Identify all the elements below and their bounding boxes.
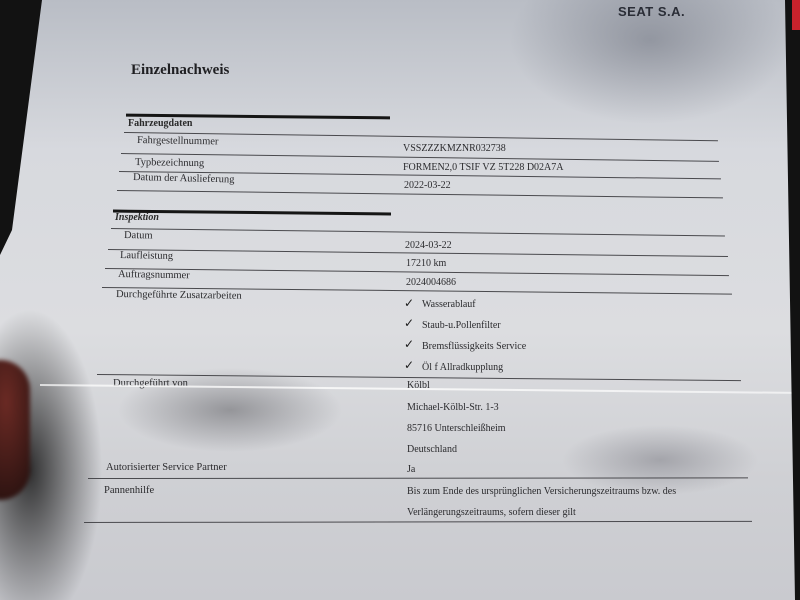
checkmark-icon: ✓ (404, 358, 414, 372)
label-vin: Fahrgestellnummer (137, 135, 219, 147)
label-authorized-partner: Autorisierter Service Partner (106, 462, 227, 473)
background-object (792, 0, 800, 30)
value-order-number: 2024004686 (406, 277, 456, 288)
value-delivery-date: 2022-03-22 (404, 180, 451, 191)
value-vin: VSSZZZKMZNR032738 (403, 143, 506, 154)
row-divider (121, 153, 719, 162)
row-divider (105, 268, 729, 276)
label-delivery-date: Datum der Auslieferung (133, 172, 235, 185)
workshop-street: Michael-Kölbl-Str. 1-3 (407, 402, 499, 413)
row-divider (88, 477, 748, 479)
section-title-vehicle: Fahrzeugdaten (128, 118, 192, 129)
brand-name: SEAT S.A. (618, 4, 685, 19)
workshop-city: 85716 Unterschleißheim (407, 423, 506, 434)
value-authorized-partner: Ja (407, 464, 415, 475)
value-mileage: 17210 km (406, 258, 446, 269)
document-page: SEAT S.A. Einzelnachweis Fahrzeugdaten F… (0, 0, 800, 600)
section-title-inspection: Inspektion (115, 212, 159, 223)
extra-work-item: Staub-u.Pollenfilter (422, 320, 501, 331)
label-extra-work: Durchgeführte Zusatzarbeiten (116, 289, 242, 302)
extra-work-item: Bremsflüssigkeits Service (422, 341, 526, 352)
finger (0, 360, 30, 500)
checkmark-icon: ✓ (404, 316, 414, 330)
document-title: Einzelnachweis (131, 62, 229, 79)
label-breakdown-assistance: Pannenhilfe (104, 485, 154, 496)
workshop-country: Deutschland (407, 444, 457, 455)
value-type: FORMEN2,0 TSIF VZ 5T228 D02A7A (403, 162, 563, 173)
extra-work-item: Öl f Allradkupplung (422, 362, 503, 373)
extra-work-item: Wasserablauf (422, 299, 476, 310)
checkmark-icon: ✓ (404, 337, 414, 351)
row-divider (84, 521, 752, 523)
value-inspection-date: 2024-03-22 (405, 240, 452, 251)
breakdown-assistance-line: Verlängerungszeitraums, sofern dieser gi… (407, 507, 576, 518)
row-divider (117, 190, 723, 198)
photo-scene: SEAT S.A. Einzelnachweis Fahrzeugdaten F… (0, 0, 800, 600)
checkmark-icon: ✓ (404, 296, 414, 310)
row-divider (111, 228, 725, 237)
label-inspection-date: Datum (124, 230, 153, 241)
label-type: Typbezeichnung (135, 157, 204, 169)
label-order-number: Auftragsnummer (118, 269, 190, 281)
label-mileage: Laufleistung (120, 250, 173, 262)
breakdown-assistance-line: Bis zum Ende des ursprünglichen Versiche… (407, 486, 676, 497)
